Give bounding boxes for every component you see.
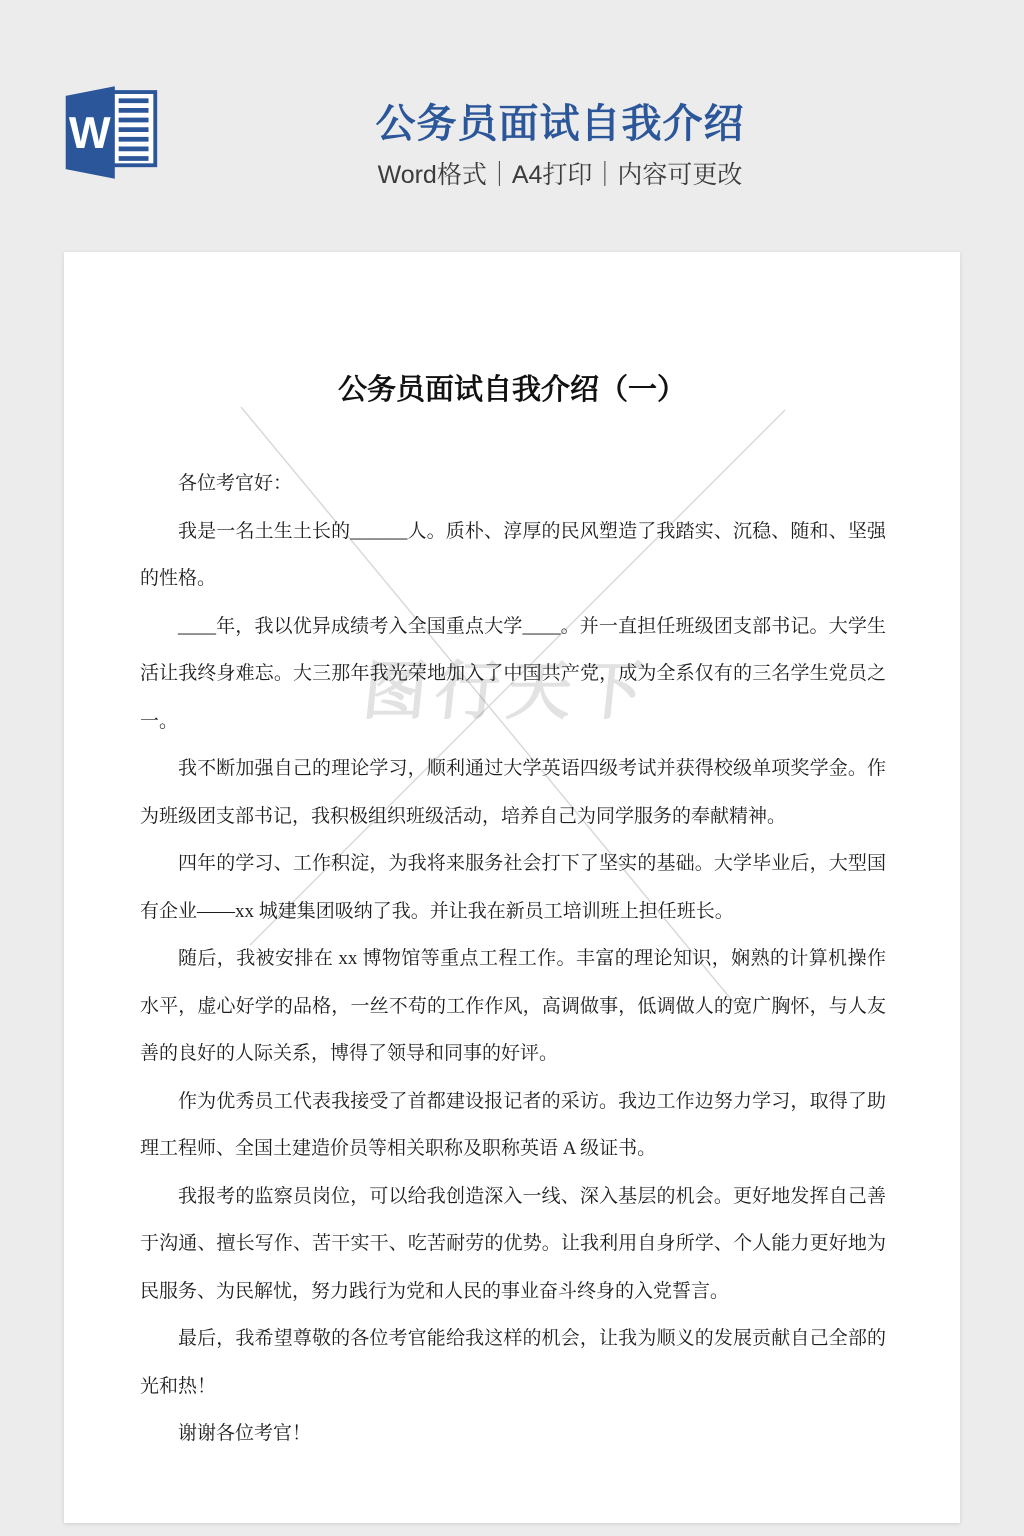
document-body: 各位考官好： 我是一名土生土长的______人。质朴、淳厚的民风塑造了我踏实、沉… [64,460,960,1458]
paragraph: 我不断加强自己的理论学习，顺利通过大学英语四级考试并获得校级单项奖学金。作为班级… [140,745,886,840]
preview-header: W 公务员面试自我介绍 Word格式｜A4打印｜内容可更改 [0,0,1024,252]
paragraph: 随后，我被安排在 xx 博物馆等重点工程工作。丰富的理论知识，娴熟的计算机操作水… [140,935,886,1078]
paragraph: 谢谢各位考官！ [140,1410,886,1458]
paragraph: 最后，我希望尊敬的各位考官能给我这样的机会，让我为顺义的发展贡献自己全部的光和热… [140,1315,886,1410]
paragraph: ____年，我以优异成绩考入全国重点大学____。并一直担任班级团支部书记。大学… [140,603,886,746]
template-subtitle: Word格式｜A4打印｜内容可更改 [160,155,960,191]
paragraph: 各位考官好： [140,460,886,508]
paragraph: 我报考的监察员岗位，可以给我创造深入一线、深入基层的机会。更好地发挥自己善于沟通… [140,1173,886,1316]
paragraph: 作为优秀员工代表我接受了首都建设报记者的采访。我边工作边努力学习，取得了助理工程… [140,1078,886,1173]
document-title: 公务员面试自我介绍（一） [64,367,960,408]
template-title: 公务员面试自我介绍 [160,92,960,149]
word-icon-letter: W [69,109,111,158]
document-page: 图行天下 公务员面试自我介绍（一） 各位考官好： 我是一名土生土长的______… [64,252,960,1523]
word-icon: W [58,84,162,181]
paragraph: 四年的学习、工作积淀，为我将来服务社会打下了坚实的基础。大学毕业后，大型国有企业… [140,840,886,935]
paragraph: 我是一名土生土长的______人。质朴、淳厚的民风塑造了我踏实、沉稳、随和、坚强… [140,508,886,603]
